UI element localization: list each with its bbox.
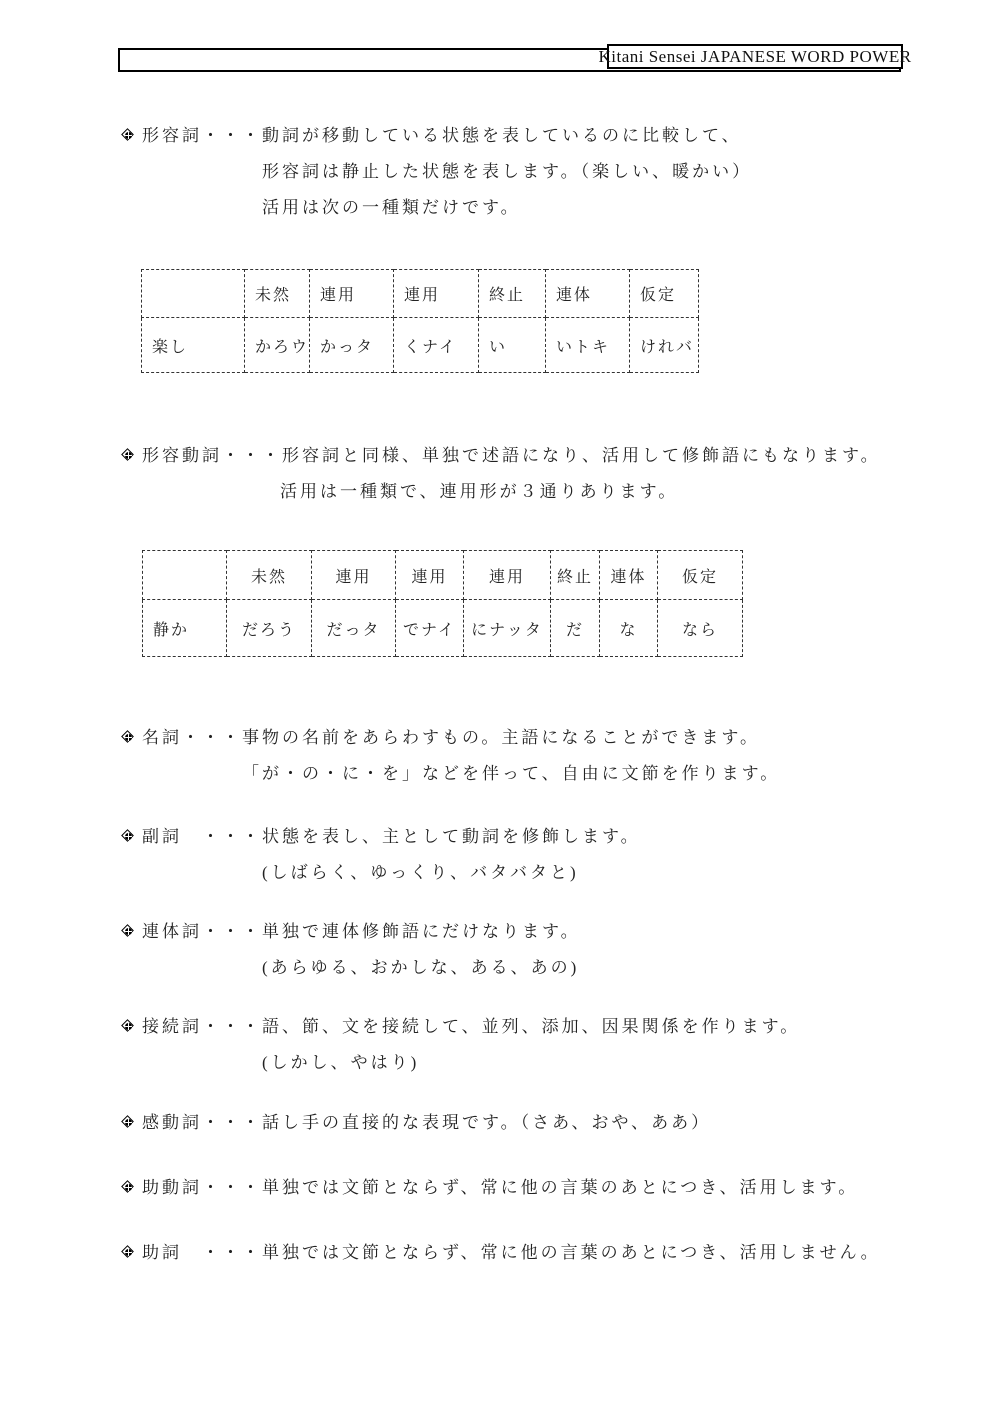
table-header-cell: 仮定 — [630, 270, 699, 318]
entry-line: 副詞 ・・・状態を表し、主として動詞を修飾します。 — [120, 819, 992, 855]
entry-text: 事物の名前をあらわすもの。主語になることができます。 — [242, 728, 760, 747]
entry-separator: ・・・ — [182, 827, 262, 846]
entry-keiyoushi: 形容詞・・・動詞が移動している状態を表しているのに比較して、 形容詞は静止した状… — [120, 118, 992, 226]
diamond-bullet-icon — [120, 828, 136, 844]
table-header-cell: 連体 — [546, 270, 630, 318]
entry-line: 助詞 ・・・単独では文節とならず、常に他の言葉のあとにつき、活用しません。 — [120, 1235, 992, 1271]
table-cell: でナイ — [396, 600, 464, 657]
entry-kandoushi: 感動詞・・・話し手の直接的な表現です。（さあ、おや、ああ） — [120, 1105, 992, 1141]
table-cell: 楽し — [142, 318, 245, 373]
table-header-cell: 連用 — [310, 270, 394, 318]
table-header-cell — [142, 270, 245, 318]
entry-term: 形容動詞 — [142, 446, 222, 465]
entry-separator: ・・・ — [182, 728, 242, 747]
table-header-cell: 連用 — [464, 551, 551, 600]
diamond-bullet-icon — [120, 1244, 136, 1260]
entry-keiyoudoushi: 形容動詞・・・形容詞と同様、単独で述語になり、活用して修飾語にもなります。 活用… — [120, 438, 992, 510]
entry-text: (あらゆる、おかしな、ある、あの) — [262, 950, 992, 986]
entry-term: 助詞 — [142, 1243, 182, 1262]
entry-joshi: 助詞 ・・・単独では文節とならず、常に他の言葉のあとにつき、活用しません。 — [120, 1235, 992, 1271]
table-cell: かろウ — [245, 318, 310, 373]
entry-term: 副詞 — [142, 827, 182, 846]
table-cell: な — [600, 600, 658, 657]
entry-jodoushi: 助動詞・・・単独では文節とならず、常に他の言葉のあとにつき、活用します。 — [120, 1170, 992, 1206]
table-header-cell: 終止 — [479, 270, 546, 318]
table-header-cell: 連用 — [312, 551, 396, 600]
table-cell: 静か — [143, 600, 227, 657]
entry-term: 接続詞 — [142, 1017, 202, 1036]
entry-text: 単独では文節とならず、常に他の言葉のあとにつき、活用しません。 — [262, 1243, 881, 1262]
entry-separator: ・・・ — [202, 1178, 262, 1197]
entry-text: 状態を表し、主として動詞を修飾します。 — [262, 827, 641, 846]
entry-setsuzokushi: 接続詞・・・語、節、文を接続して、並列、添加、因果関係を作ります。 (しかし、や… — [120, 1009, 992, 1081]
entry-line: 形容動詞・・・形容詞と同様、単独で述語になり、活用して修飾語にもなります。 — [120, 438, 992, 474]
entry-fukushi: 副詞 ・・・状態を表し、主として動詞を修飾します。 (しばらく、ゆっくり、バタバ… — [120, 819, 992, 891]
entry-line: 連体詞・・・単独で連体修飾語にだけなります。 — [120, 914, 992, 950]
diamond-bullet-icon — [120, 127, 136, 143]
entry-line: 形容詞・・・動詞が移動している状態を表しているのに比較して、 — [120, 118, 992, 154]
table-header-cell: 終止 — [551, 551, 600, 600]
table-cell: だ — [551, 600, 600, 657]
entry-text: 形容詞は静止した状態を表します。（楽しい、暖かい） — [262, 154, 992, 190]
diamond-bullet-icon — [120, 729, 136, 745]
entry-separator: ・・・ — [202, 1113, 262, 1132]
entry-text: 活用は一種類で、連用形が３通りあります。 — [280, 474, 992, 510]
entry-term: 連体詞 — [142, 922, 202, 941]
entry-text: 単独では文節とならず、常に他の言葉のあとにつき、活用します。 — [262, 1178, 858, 1197]
entry-term: 名詞 — [142, 728, 182, 747]
table-header-cell: 連体 — [600, 551, 658, 600]
entry-rentaishi: 連体詞・・・単独で連体修飾語にだけなります。 (あらゆる、おかしな、ある、あの) — [120, 914, 992, 986]
table-header-cell — [143, 551, 227, 600]
entry-line: 名詞・・・事物の名前をあらわすもの。主語になることができます。 — [120, 720, 992, 756]
entry-text: 動詞が移動している状態を表しているのに比較して、 — [262, 126, 742, 145]
entry-line: 感動詞・・・話し手の直接的な表現です。（さあ、おや、ああ） — [120, 1105, 992, 1141]
table-cell: だろう — [227, 600, 312, 657]
table-cell: くナイ — [394, 318, 479, 373]
entry-text: 形容詞と同様、単独で述語になり、活用して修飾語にもなります。 — [282, 446, 881, 465]
table-header-cell: 未然 — [227, 551, 312, 600]
entry-text: 「が・の・に・を」などを伴って、自由に文節を作ります。 — [242, 756, 992, 792]
entry-line: 助動詞・・・単独では文節とならず、常に他の言葉のあとにつき、活用します。 — [120, 1170, 992, 1206]
entry-term: 形容詞 — [142, 126, 202, 145]
entry-text: 語、節、文を接続して、並列、添加、因果関係を作ります。 — [262, 1017, 800, 1036]
diamond-bullet-icon — [120, 1018, 136, 1034]
entry-separator: ・・・ — [202, 922, 262, 941]
diamond-bullet-icon — [120, 923, 136, 939]
table-cell: いトキ — [546, 318, 630, 373]
entry-text: 話し手の直接的な表現です。（さあ、おや、ああ） — [262, 1113, 711, 1132]
keiyoudoushi-conjugation-table: 未然 連用 連用 連用 終止 連体 仮定 静か だろう だっタ でナイ にナッタ… — [142, 550, 743, 657]
entry-separator: ・・・ — [222, 446, 282, 465]
entry-separator: ・・・ — [202, 1017, 262, 1036]
entry-term: 感動詞 — [142, 1113, 202, 1132]
table-cell: にナッタ — [464, 600, 551, 657]
table-header-cell: 未然 — [245, 270, 310, 318]
entry-separator: ・・・ — [202, 126, 262, 145]
document-content: 形容詞・・・動詞が移動している状態を表しているのに比較して、 形容詞は静止した状… — [0, 0, 992, 1271]
table-cell: なら — [658, 600, 743, 657]
diamond-bullet-icon — [120, 1179, 136, 1195]
entry-separator: ・・・ — [182, 1243, 262, 1262]
diamond-bullet-icon — [120, 447, 136, 463]
keiyoushi-conjugation-table: 未然 連用 連用 終止 連体 仮定 楽し かろウ かっタ くナイ い いトキ け… — [141, 269, 699, 373]
entry-text: 単独で連体修飾語にだけなります。 — [262, 922, 581, 941]
table-header-cell: 連用 — [396, 551, 464, 600]
entry-term: 助動詞 — [142, 1178, 202, 1197]
table-cell: だっタ — [312, 600, 396, 657]
entry-text: 活用は次の一種類だけです。 — [262, 190, 992, 226]
table-header-cell: 仮定 — [658, 551, 743, 600]
table-row: 静か だろう だっタ でナイ にナッタ だ な なら — [143, 600, 743, 657]
table-cell: かっタ — [310, 318, 394, 373]
table-header-row: 未然 連用 連用 連用 終止 連体 仮定 — [143, 551, 743, 600]
document-page: Kitani Sensei JAPANESE WORD POWER 形容詞・・・… — [0, 0, 992, 1403]
table-header-cell: 連用 — [394, 270, 479, 318]
diamond-bullet-icon — [120, 1114, 136, 1130]
entry-text: (しかし、やはり) — [262, 1045, 992, 1081]
table-row: 楽し かろウ かっタ くナイ い いトキ けれバ — [142, 318, 699, 373]
table-cell: い — [479, 318, 546, 373]
table-header-row: 未然 連用 連用 終止 連体 仮定 — [142, 270, 699, 318]
table-cell: けれバ — [630, 318, 699, 373]
entry-line: 接続詞・・・語、節、文を接続して、並列、添加、因果関係を作ります。 — [120, 1009, 992, 1045]
entry-text: (しばらく、ゆっくり、バタバタと) — [262, 855, 992, 891]
entry-meishi: 名詞・・・事物の名前をあらわすもの。主語になることができます。 「が・の・に・を… — [120, 720, 992, 792]
